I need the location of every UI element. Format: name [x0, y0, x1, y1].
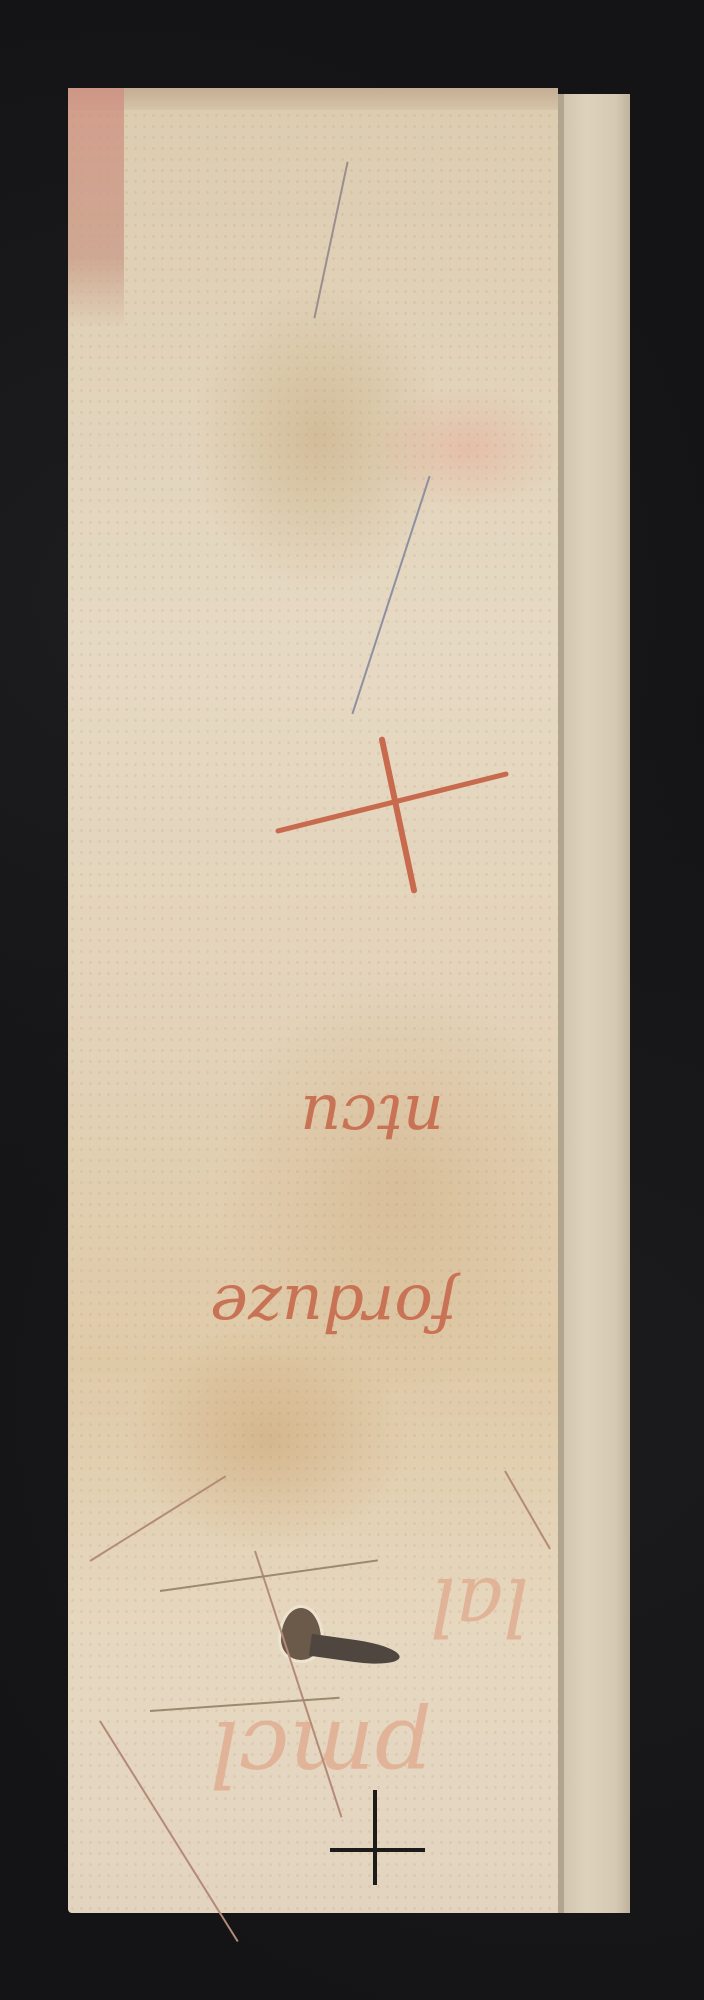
- slab-side-face: [558, 94, 630, 1913]
- black-cross-mark-vertical: [373, 1790, 377, 1885]
- slab-top-edge: [68, 88, 558, 110]
- black-cross-mark-horizontal: [330, 1848, 425, 1852]
- inscription-upper: ntcu: [300, 1080, 444, 1154]
- red-pigment-edge: [68, 88, 124, 328]
- inscription-faint-1: lal: [430, 1560, 529, 1653]
- inscription-middle: forduze: [210, 1270, 457, 1344]
